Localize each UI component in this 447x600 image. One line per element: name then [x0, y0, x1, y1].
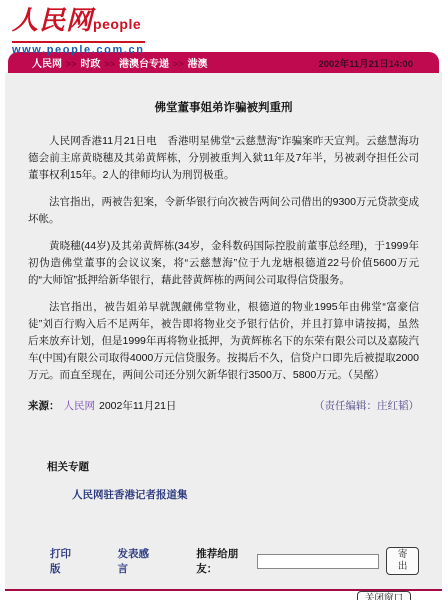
breadcrumb-item-politics[interactable]: 时政 — [81, 59, 101, 70]
breadcrumb-separator: >> — [173, 59, 184, 69]
article-paragraph: 人民网香港11月21日电 香港明星佛堂“云慈慧海”诈骗案昨天宣判。云慈慧海功德会… — [28, 133, 419, 184]
breadcrumb: 人民网>>时政>>港澳台专递>>港澳 — [32, 55, 208, 70]
article-actions: 打印版 发表感言 推荐给朋友： 寄出 — [28, 546, 419, 576]
article-paragraph: 法官指出，两被告犯案，令新华银行向次被告两间公司借出的9300万元贷款变成坏帐。 — [28, 194, 419, 228]
people-net-logo[interactable]: 人民网people — [12, 6, 145, 43]
publish-datetime: 2002年11月21日14:00 — [318, 56, 413, 70]
article-paragraph: 黄晓穗(44岁)及其弟黄辉栋(34岁，金科数码国际控股前董事总经理)，于1999… — [28, 238, 419, 289]
recommend-to-friend-label: 推荐给朋友： — [196, 546, 251, 576]
site-header: 人民网people www.people.com.cn — [0, 0, 447, 49]
source-row: 来源：人民网2002年11月21日 （责任编辑：庄红韬） — [28, 398, 419, 413]
breadcrumb-item-hkmo-channel[interactable]: 港澳台专递 — [119, 59, 169, 70]
post-comment-link[interactable]: 发表感言 — [118, 546, 155, 576]
send-button[interactable]: 寄出 — [386, 547, 419, 575]
related-topics-heading: 相关专题 — [28, 459, 419, 474]
article-panel: 佛堂董事姐弟诈骗被判重刑 人民网香港11月21日电 香港明星佛堂“云慈慧海”诈骗… — [5, 73, 442, 591]
close-row: 关闭窗口 — [28, 588, 419, 600]
article-paragraph: 法官指出，被告姐弟早就觊觎佛堂物业，根德道的物业1995年由佛堂“富豪信徒”刘百… — [28, 299, 419, 384]
breadcrumb-separator: >> — [105, 59, 116, 69]
article-title: 佛堂董事姐弟诈骗被判重刑 — [28, 73, 419, 115]
print-version-link[interactable]: 打印版 — [50, 546, 78, 576]
logo-en-text: people — [93, 16, 141, 32]
page: 人民网people www.people.com.cn 人民网>>时政>>港澳台… — [0, 0, 447, 600]
breadcrumb-separator: >> — [66, 59, 77, 69]
source-info: 来源：人民网2002年11月21日 — [28, 398, 176, 413]
close-window-button[interactable]: 关闭窗口 — [357, 591, 411, 600]
editor-note: （责任编辑：庄红韬） — [314, 398, 419, 413]
related-topic-link[interactable]: 人民网驻香港记者报道集 — [28, 487, 419, 502]
breadcrumb-item-hkmo[interactable]: 港澳 — [188, 59, 208, 70]
breadcrumb-item-home[interactable]: 人民网 — [32, 59, 62, 70]
breadcrumb-bar: 人民网>>时政>>港澳台专递>>港澳 2002年11月21日14:00 — [8, 52, 439, 73]
source-label: 来源： — [28, 400, 60, 412]
source-link[interactable]: 人民网 — [64, 400, 96, 412]
logo-cn-text: 人民网 — [12, 6, 93, 35]
source-date: 2002年11月21日 — [99, 400, 176, 412]
recommend-email-input[interactable] — [257, 554, 379, 569]
